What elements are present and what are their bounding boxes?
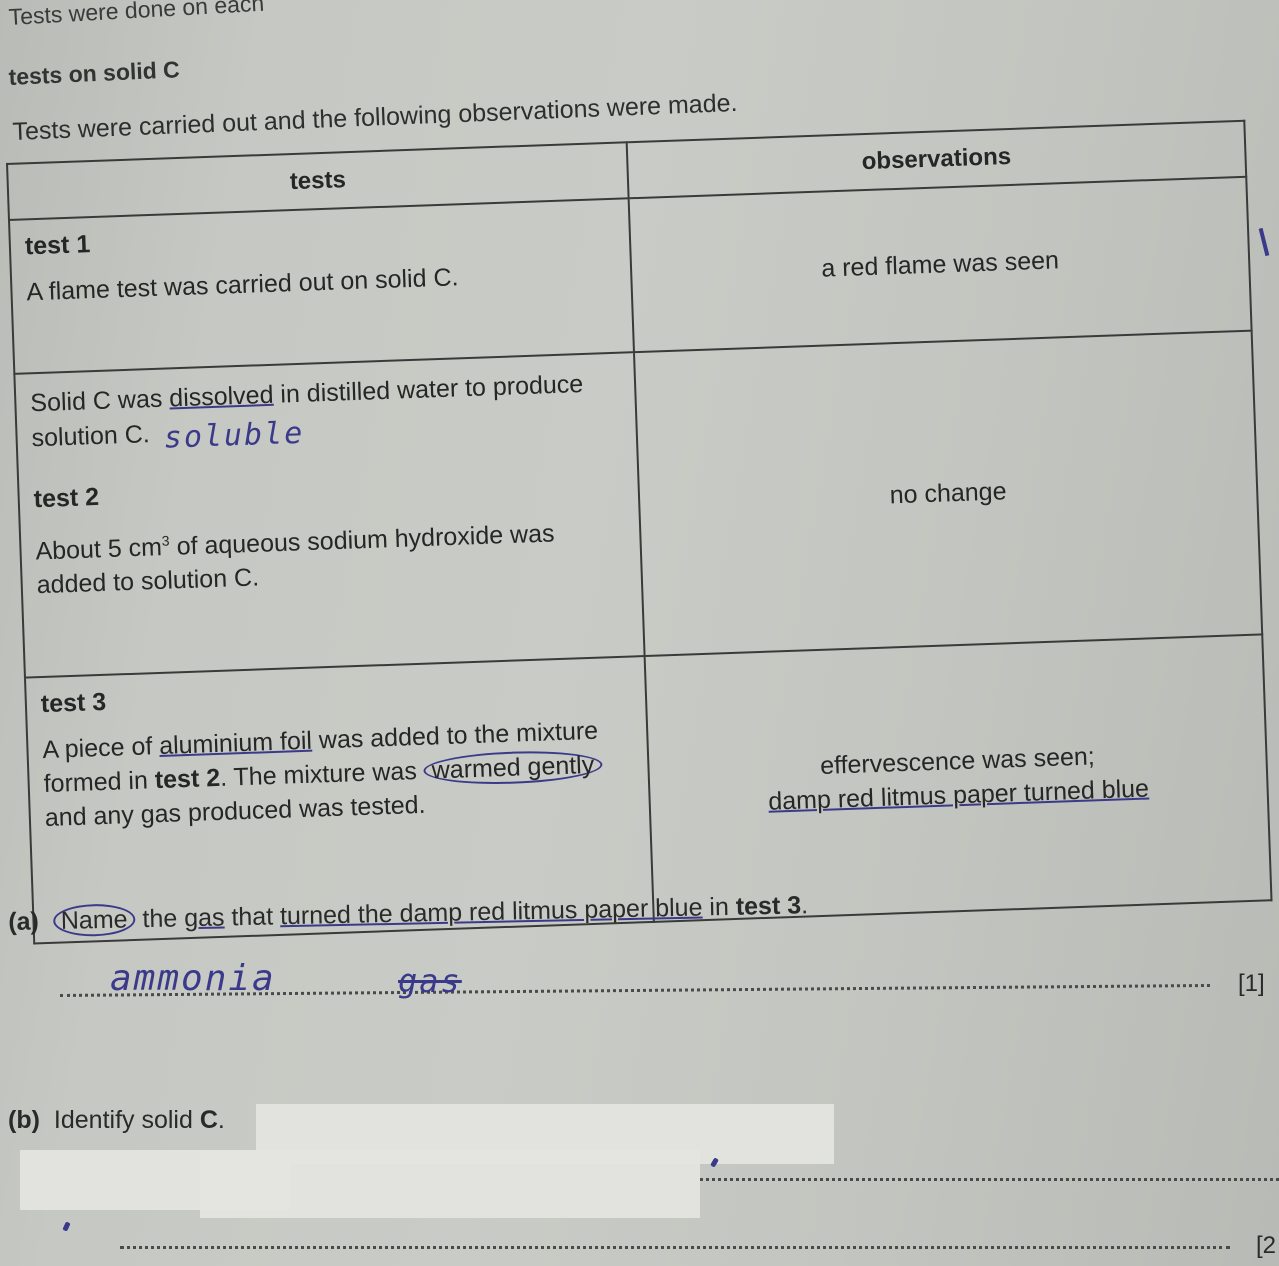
text-span: . xyxy=(218,1106,225,1134)
answer-line-b-2[interactable] xyxy=(120,1246,1230,1249)
question-b: (b)Identify solid C. xyxy=(8,1106,225,1135)
pen-mark xyxy=(62,1221,70,1231)
observations-table-wrap: tests observations test 1 A flame test w… xyxy=(6,120,1271,893)
test-2-cell: Solid C was dissolved in distilled water… xyxy=(14,352,644,677)
marks-b: [2 xyxy=(1256,1232,1276,1260)
handwritten-note: soluble xyxy=(163,416,305,456)
text-span: that xyxy=(224,902,280,931)
pen-tick-mark xyxy=(1259,228,1270,256)
correction-tape xyxy=(200,1150,700,1218)
text-span: the xyxy=(135,904,184,933)
text-span: Identify solid xyxy=(54,1106,200,1134)
text-span: . xyxy=(801,891,809,919)
text-span: . The mixture was xyxy=(220,757,425,792)
pen-underline: gas xyxy=(184,903,225,932)
text-span: and any gas produced was tested. xyxy=(44,791,426,832)
pen-circle: Name xyxy=(53,903,136,937)
test-description: A piece of aluminium foil was added to t… xyxy=(42,713,635,836)
bold-text: C xyxy=(200,1106,218,1134)
struck-handwriting: gas xyxy=(398,962,462,1000)
text-span: in xyxy=(702,893,736,922)
table-row: Solid C was dissolved in distilled water… xyxy=(14,331,1262,678)
observation-cell: a red flame was seen xyxy=(629,177,1252,352)
text-span: Solid C was xyxy=(30,384,170,417)
intro-line: Tests were done on each xyxy=(8,0,265,31)
test-1-cell: test 1 A flame test was carried out on s… xyxy=(9,198,634,374)
lead-text: Tests were carried out and the following… xyxy=(12,89,738,147)
text-span: A piece of xyxy=(42,732,160,764)
observation-cell: no change xyxy=(634,331,1262,656)
bold-text: test 3 xyxy=(735,891,801,920)
test-label: test 1 xyxy=(24,212,615,262)
marks-a: [1] xyxy=(1238,970,1265,998)
question-label: (a) xyxy=(8,907,39,936)
question-label: (b) xyxy=(8,1106,40,1134)
test-label: test 3 xyxy=(40,670,631,720)
observations-table: tests observations test 1 A flame test w… xyxy=(6,120,1273,945)
section-title: tests on solid C xyxy=(8,56,180,91)
exam-page: Tests were done on each tests on solid C… xyxy=(0,0,1279,1266)
bold-text: test 2 xyxy=(154,764,220,794)
answer-line-b-1[interactable] xyxy=(700,1178,1279,1181)
handwritten-answer-a: ammonia xyxy=(110,958,276,999)
observation-cell: effervescence was seen; damp red litmus … xyxy=(645,634,1272,921)
test-description: About 5 cm3 of aqueous sodium hydroxide … xyxy=(35,508,627,603)
test-description: A flame test was carried out on solid C. xyxy=(26,255,617,310)
pen-underline: dissolved xyxy=(169,381,274,413)
pen-underline: aluminium foil xyxy=(159,727,313,760)
pen-circle: warmed gently xyxy=(423,749,603,787)
text-span: About 5 cm xyxy=(35,533,162,565)
